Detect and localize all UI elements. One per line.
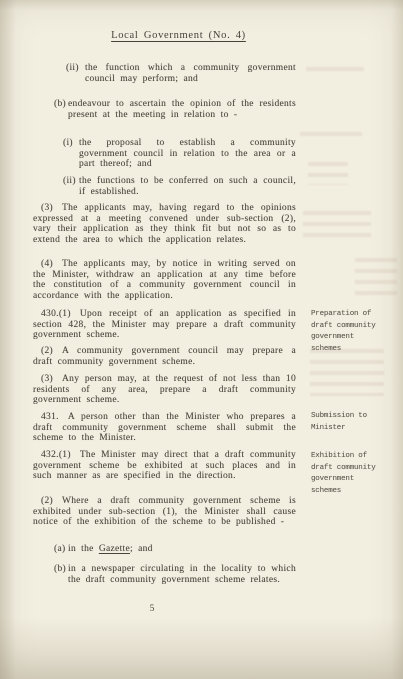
clause-item-text: in a newspaper circulating in the locali… [68, 564, 296, 585]
clause-item-text: the functions to be conferred on such a … [79, 176, 296, 197]
subsection-text: Any person may, at the request of not le… [33, 374, 296, 405]
clause-item-b: (b)endeavour to ascertain the opinion of… [33, 99, 296, 120]
subsection-number: (2) [41, 496, 53, 506]
clause-item-text-prefix: in the [68, 544, 99, 554]
clause-item-label: (b) [54, 564, 66, 575]
bleed-through-text [308, 162, 348, 185]
clause-item-text-suffix: ; and [130, 544, 153, 554]
section-number: 431. [41, 412, 59, 422]
section-number: 430.(1) [41, 309, 71, 319]
subsection-number: (3) [41, 374, 53, 384]
paper-shadow-left [0, 0, 16, 679]
clause-item-text: the proposal to establish a community go… [79, 138, 296, 169]
section-text: The Minister may direct that a draft com… [33, 450, 296, 481]
bleed-through-text [306, 67, 364, 76]
section-430-3: (3)Any person may, at the request of not… [33, 374, 296, 406]
margin-note-exhibition: Exhibition of draft community government… [311, 451, 399, 497]
margin-note-preparation: Preparation of draft community governmen… [311, 309, 399, 355]
section-431: 431.A person other than the Minister who… [33, 412, 296, 444]
subsection-text: A community government council may prepa… [33, 346, 296, 367]
subsection-text: The applicants may, by notice in writing… [33, 259, 296, 301]
clause-item-label: (ii) [63, 176, 76, 187]
gazette-underlined-word: Gazette [99, 544, 130, 554]
clause-item-i: (i)the proposal to establish a community… [33, 138, 296, 170]
clause-item-label: (ii) [66, 63, 79, 74]
subsection-number: (3) [41, 203, 53, 213]
subsection-text: Where a draft community government schem… [33, 496, 296, 527]
subsection-3: (3)The applicants may, having regard to … [33, 203, 296, 245]
bleed-through-text [355, 258, 397, 298]
bleed-through-text [300, 132, 362, 143]
clause-item-text: endeavour to ascertain the opinion of th… [68, 99, 296, 120]
subsection-number: (4) [41, 259, 53, 269]
section-430-1: 430.(1)Upon receipt of an application as… [33, 309, 296, 341]
bleed-through-text [310, 349, 384, 396]
paper-shadow-top [0, 0, 403, 10]
clause-item-label: (b) [54, 99, 66, 110]
margin-note-submission: Submission to Minister [311, 411, 399, 434]
section-432-2: (2)Where a draft community government sc… [33, 496, 296, 528]
subsection-text: The applicants may, having regard to the… [33, 203, 296, 245]
section-text: A person other than the Minister who pre… [33, 412, 296, 443]
clause-item-text: the function which a community governmen… [85, 63, 296, 84]
subsection-4: (4)The applicants may, by notice in writ… [33, 259, 296, 301]
page-header: Local Government (No. 4) [33, 30, 296, 41]
section-text: Upon receipt of an application as specif… [33, 309, 296, 340]
page-number: 5 [141, 604, 163, 614]
section-432-1: 432.(1)The Minister may direct that a dr… [33, 450, 296, 482]
bleed-through-text [303, 211, 371, 238]
section-number: 432.(1) [41, 450, 71, 460]
clause-item-ii-2: (ii)the functions to be conferred on suc… [33, 176, 296, 197]
section-430-2: (2)A community government council may pr… [33, 346, 296, 367]
clause-item-label: (a) [54, 544, 65, 555]
clause-item-b-newspaper: (b)in a newspaper circulating in the loc… [33, 564, 296, 585]
paper-shadow-bottom [0, 617, 403, 679]
clause-item-a-gazette: (a)in the Gazette; and [33, 544, 296, 555]
clause-item-label: (i) [63, 138, 73, 149]
clause-item-ii: (ii)the function which a community gover… [33, 63, 296, 84]
subsection-number: (2) [41, 346, 53, 356]
scanned-statute-page: Local Government (No. 4) (ii)the functio… [0, 0, 403, 679]
